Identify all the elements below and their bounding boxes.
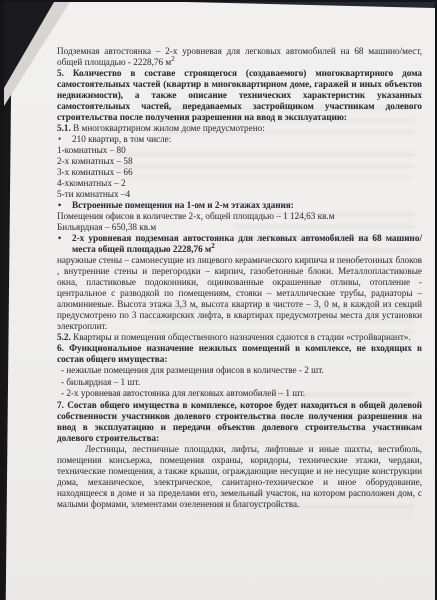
list-item-billiard: - бильярдная – 1 шт. [57,377,422,389]
superscript-square-meters: 2 [171,55,175,63]
bullet-text: 210 квартир, в том числе: [72,134,171,144]
bullet-text: Встроенные помещения на 1-ом и 2-м этажа… [72,200,294,210]
list-item-flat-type-5: 5-ти комнатных –4 [57,189,422,200]
paragraph-underground-parking-summary: Подземная автостоянка – 2-х уровневая дл… [57,46,422,68]
bullet-icon: • [58,134,61,145]
non-residential-list: - нежилые помещения для размещения офисо… [57,365,422,400]
line-billiard-area: Бильярдная – 650,38 кв.м [57,222,422,233]
bullet-icon: • [58,200,61,211]
scanner-corner-shadow [4,2,54,88]
scanned-page: Подземная автостоянка – 2-х уровневая дл… [4,2,435,600]
list-item-offices: - нежилые помещения для размещения офисо… [57,365,422,377]
bullet-underground-parking: •2-х уровневая подземная автостоянка для… [57,233,422,255]
clause-5-2: 5.2. Квартиры и помещения общественного … [57,332,422,343]
bullet-text: 2-х уровневая подземная автостоянка для … [72,233,422,254]
paragraph-text: Подземная автостоянка – 2-х уровневая дл… [57,46,422,67]
list-item-flat-type-1: 1-комнатных – 80 [57,145,422,156]
bullet-icon: • [58,233,61,244]
document-body: Подземная автостоянка – 2-х уровневая дл… [57,46,422,510]
clause-5-1: 5.1. В многоквартирном жилом доме предус… [57,123,422,134]
list-item-flat-type-3: 3-х комнатных – 66 [57,167,422,178]
list-item-flat-type-4: 4-хкомнатных – 2 [57,178,422,189]
clause-number: 5.1. [57,123,71,133]
clause-number: 5.2. [57,332,71,342]
heading-section-7: 7. Состав общего имущества в комплексе, … [57,400,422,444]
clause-text: В многоквартирном жилом доме предусмотре… [71,123,265,133]
list-item-parking: - 2-х уровневая автостоянка для легковых… [57,388,422,400]
line-offices-area: Помещения офисов в количестве 2-х, общей… [57,211,422,222]
clause-text: Квартиры и помещения общественного назна… [71,332,411,342]
heading-section-5: 5. Количество в составе строящегося (соз… [57,68,422,123]
heading-section-6: 6. Функциональное назначение нежилых пом… [57,343,422,365]
paragraph-common-property: Лестницы, лестничные площадки, лифты, ли… [57,444,422,510]
bullet-apartments-total: •210 квартир, в том числе: [57,134,422,145]
paragraph-construction-specs: наружные стены – самонесущие из лицевого… [57,255,422,332]
superscript-square-meters: 2 [211,242,215,250]
list-item-flat-type-2: 2-х комнатных – 58 [57,156,422,167]
bullet-built-in-premises: •Встроенные помещения на 1-ом и 2-м этаж… [57,200,422,211]
scan-edge-top [185,2,435,8]
